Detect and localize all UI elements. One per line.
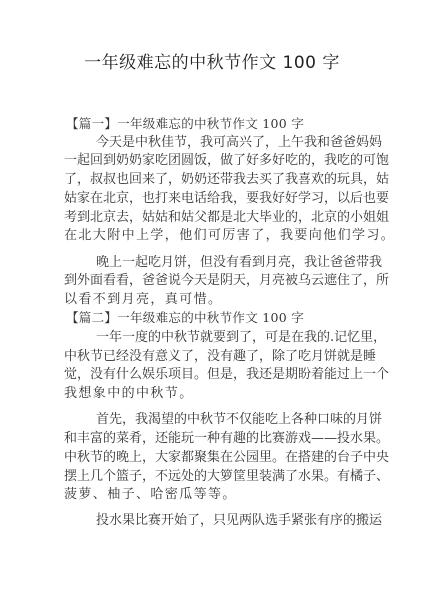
paragraph-line: 首先，我渴望的中秋节不仅能吃上各种口味的月饼: [96, 411, 364, 429]
section-heading-2: 【篇二】一年级难忘的中秋节作文 100 字: [66, 309, 366, 327]
paragraph-line: 一起回到奶奶家吃团圆饭，做了好多好吃的，我吃的可饱: [64, 152, 364, 170]
paragraph-line: 了，叔叔也回来了，奶奶还带我去买了我喜欢的玩具，姑: [64, 171, 364, 189]
paragraph-line: 中秋节的晚上，大家都聚集在公园里。在搭建的台子中央: [64, 449, 364, 467]
paragraph-line: 菠萝、柚子、哈密瓜等等。: [64, 486, 364, 504]
paragraph-line: 今天是中秋佳节，我可高兴了，上午我和爸爸妈妈: [96, 134, 364, 152]
paragraph-line: 中秋节已经没有意义了，没有趣了，除了吃月饼就是睡: [64, 348, 364, 366]
paragraph-line: 一年一度的中秋节就要到了，可是在我的.记忆里，: [96, 329, 364, 347]
paragraph-line: 和丰富的菜肴，还能玩一种有趣的比赛游戏——投水果。: [64, 430, 364, 448]
paragraph-line: 我想象中的中秋节。: [64, 385, 364, 403]
paragraph-line: 姑家在北京，也打来电话给我，要我好好学习，以后也要: [64, 190, 364, 208]
paragraph-line: 到外面看看，爸爸说今天是阴天，月亮被乌云遮住了，所: [64, 272, 364, 290]
paragraph-line: 考到北京去，姑姑和姑父都是北大毕业的，北京的小姐姐: [64, 209, 364, 227]
paragraph-line: 晚上一起吃月饼，但没有看到月亮，我让爸爸带我: [96, 254, 364, 272]
section-heading-1: 【篇一】一年级难忘的中秋节作文 100 字: [66, 115, 366, 133]
paragraph-line: 摆上几个篮子，不远处的大箩筐里装满了水果。有橘子、: [64, 468, 364, 486]
paragraph-line: 以看不到月亮，真可惜。: [64, 291, 364, 309]
paragraph-line: 觉，没有什么娱乐项目。但是，我还是期盼着能过上一个: [64, 366, 364, 384]
paragraph-line: 投水果比赛开始了，只见两队选手紧张有序的搬运: [96, 512, 364, 530]
paragraph-line: 在北大附中上学，他们可厉害了，我要向他们学习。: [64, 227, 364, 245]
document-title: 一年级难忘的中秋节作文 100 字: [0, 48, 424, 73]
